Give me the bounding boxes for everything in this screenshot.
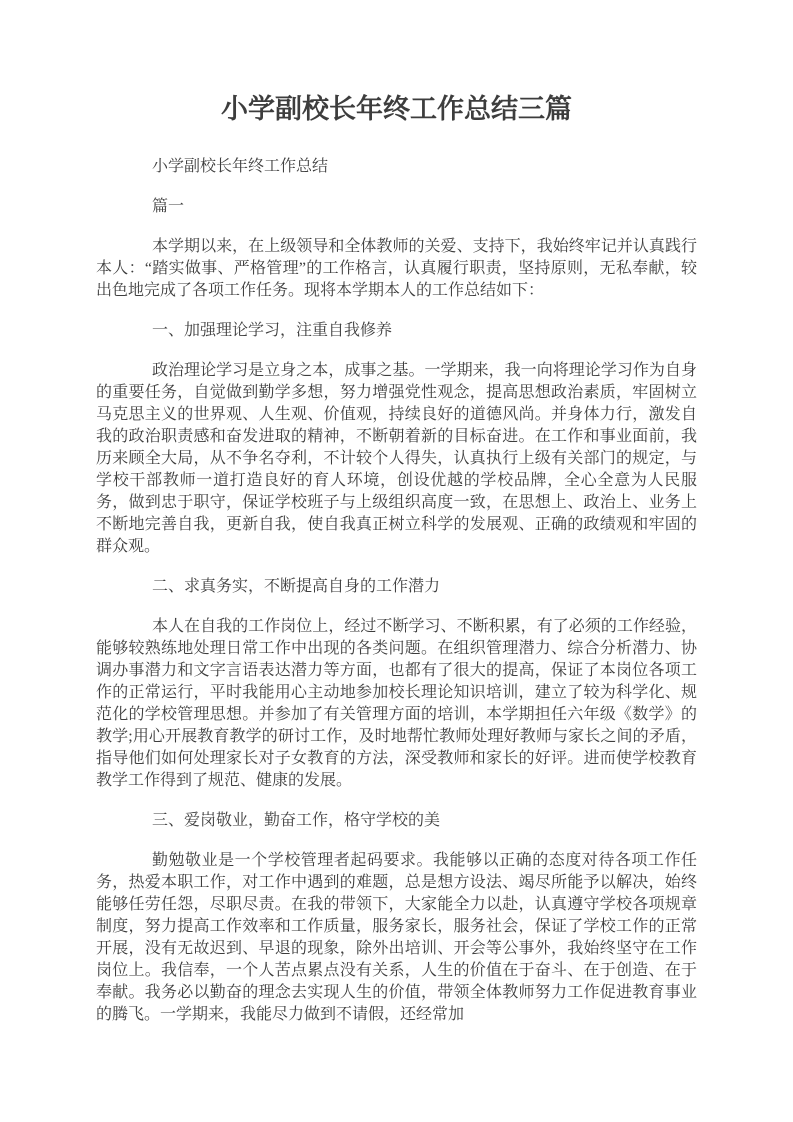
document-page: 小学副校长年终工作总结三篇 小学副校长年终工作总结篇一本学期以来，在上级领导和全… [0, 0, 793, 1122]
document-body: 小学副校长年终工作总结篇一本学期以来，在上级领导和全体教师的关爱、支持下，我始终… [96, 156, 697, 1026]
section-heading: 一、加强理论学习，注重自我修养 [96, 320, 697, 342]
body-paragraph: 本人在自我的工作岗位上，经过不断学习、不断积累，有了必须的工作经验，能够较熟练地… [96, 616, 697, 792]
document-title: 小学副校长年终工作总结三篇 [96, 92, 697, 126]
document-subtitle: 小学副校长年终工作总结 [96, 156, 697, 178]
section-heading: 二、求真务实，不断提高自身的工作潜力 [96, 576, 697, 598]
section-label: 篇一 [96, 196, 697, 218]
body-paragraph: 勤勉敬业是一个学校管理者起码要求。我能够以正确的态度对待各项工作任务，热爱本职工… [96, 850, 697, 1026]
body-paragraph: 本学期以来，在上级领导和全体教师的关爱、支持下，我始终牢记并认真践行本人：“踏实… [96, 236, 697, 302]
section-heading: 三、爱岗敬业，勤奋工作，格守学校的美 [96, 810, 697, 832]
body-paragraph: 政治理论学习是立身之本，成事之基。一学期来，我一向将理论学习作为自身的重要任务，… [96, 360, 697, 558]
